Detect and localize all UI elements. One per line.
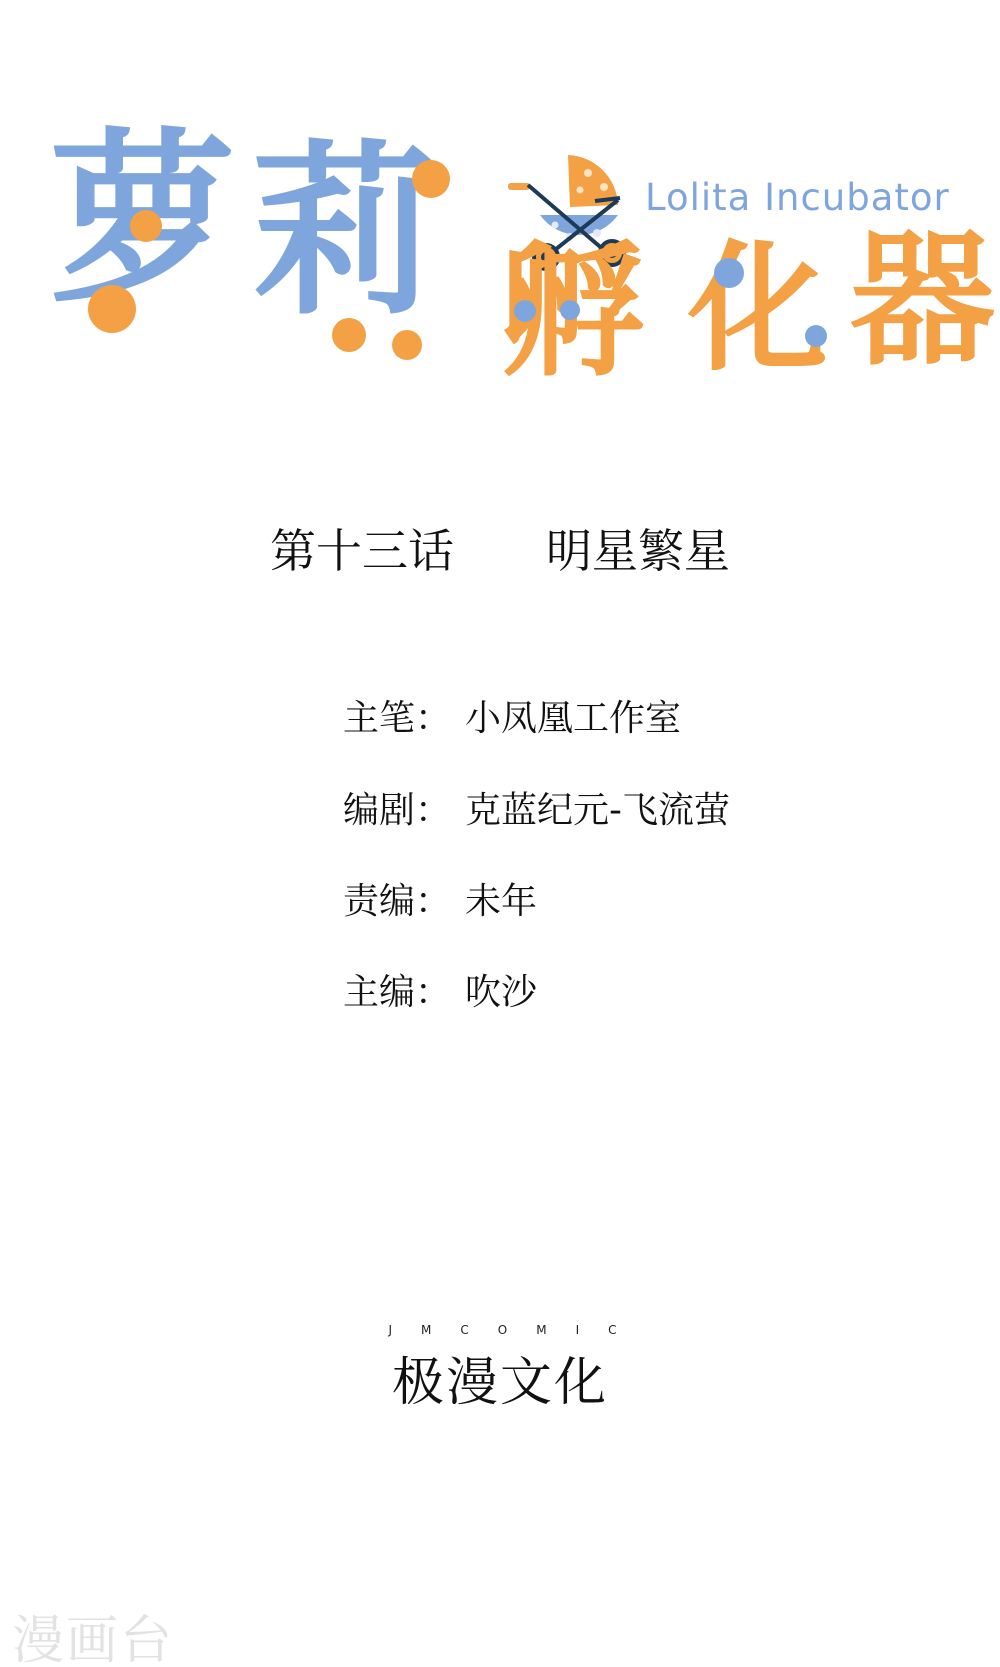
publisher-latin: JMCOMIC xyxy=(0,1323,1000,1337)
logo-tagline: Lolita Incubator xyxy=(645,176,950,219)
publisher-name: 极漫文化 xyxy=(0,1340,1000,1415)
decor-dot xyxy=(392,330,422,360)
chapter-title: 第十三话 明星繁星 xyxy=(0,515,1000,581)
decor-dot xyxy=(88,285,136,333)
credit-row-writer: 编剧：克蓝纪元-飞流萤 xyxy=(343,782,730,833)
logo-char-hua: 化 xyxy=(688,240,828,380)
decor-dot xyxy=(805,325,827,347)
decor-dot xyxy=(130,210,162,242)
credit-row-artist: 主笔：小凤凰工作室 xyxy=(343,690,681,741)
decor-dot xyxy=(332,318,366,352)
decor-dot xyxy=(514,300,536,322)
credit-value: 克蓝纪元-飞流萤 xyxy=(465,782,730,833)
credit-row-chief-editor: 主编：吹沙 xyxy=(343,964,537,1015)
decor-dot xyxy=(560,300,580,320)
credit-value: 小凤凰工作室 xyxy=(465,690,681,741)
credit-label: 编剧： xyxy=(343,782,451,833)
logo-char-li: 莉 xyxy=(252,140,437,325)
credit-label: 责编： xyxy=(343,873,451,924)
credit-label: 主笔： xyxy=(343,690,451,741)
credit-label: 主编： xyxy=(343,964,451,1015)
site-watermark: 漫画台 xyxy=(12,1598,174,1667)
credit-row-editor: 责编：未年 xyxy=(343,873,537,924)
credit-value: 吹沙 xyxy=(465,964,537,1015)
decor-dot xyxy=(714,258,744,288)
decor-dot xyxy=(412,160,450,198)
credit-value: 未年 xyxy=(465,873,537,924)
logo-char-qi: 器 xyxy=(850,228,995,373)
